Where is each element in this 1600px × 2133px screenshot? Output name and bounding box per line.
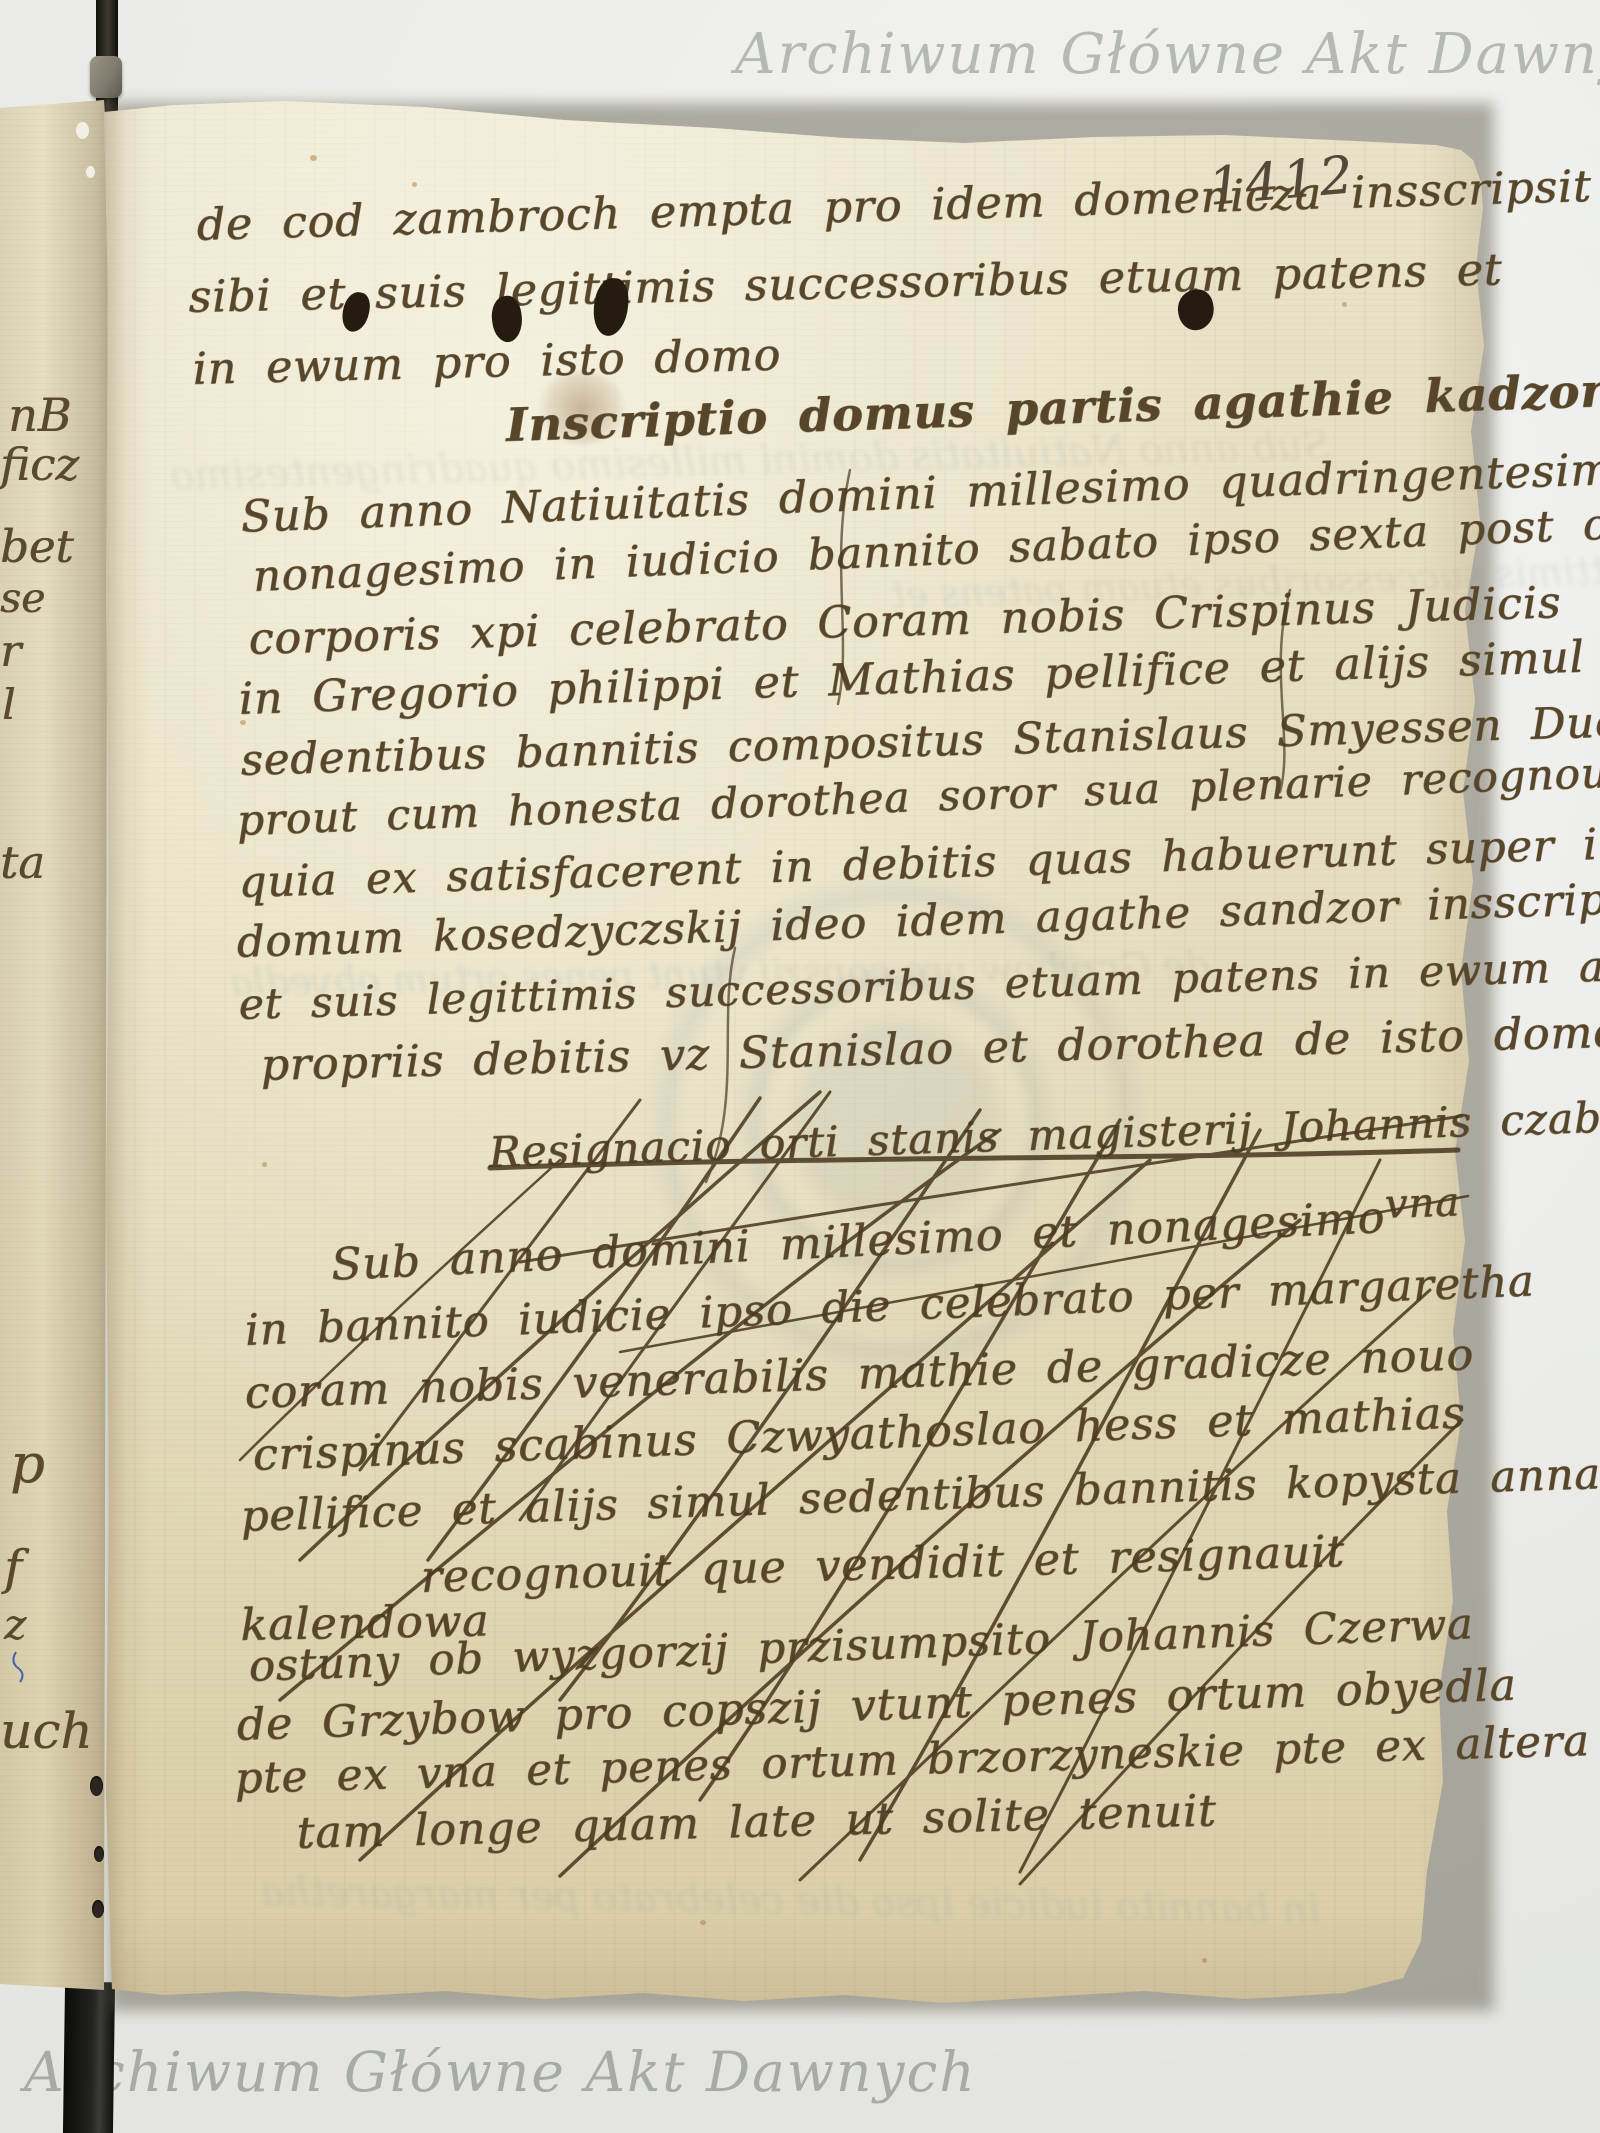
foxing-spot	[310, 155, 317, 161]
sewing-hole	[94, 1846, 104, 1862]
foxing-spot	[700, 1920, 706, 1925]
margin-fragment: uch	[0, 1702, 92, 1760]
foxing-spot	[412, 182, 417, 187]
paper-speck	[86, 166, 95, 178]
foxing-spot	[1342, 302, 1347, 307]
margin-fragment: l	[2, 680, 15, 729]
foxing-spot	[1202, 1958, 1207, 1963]
binding-tape	[63, 1982, 115, 2133]
margin-fragment: r	[0, 626, 21, 677]
margin-fragment: nB	[8, 388, 71, 442]
paper-speck	[76, 122, 89, 139]
archive-watermark-top: Archiwum Główne Akt Dawnych	[735, 22, 1600, 87]
margin-fragment: z	[4, 1600, 26, 1649]
sewing-hole	[90, 1776, 103, 1796]
margin-fragment: ficz	[0, 438, 79, 491]
binding-cord-knot	[90, 56, 122, 98]
margin-fragment: p	[10, 1432, 45, 1495]
margin-fragment: bet	[0, 520, 74, 573]
margin-fragment: f	[4, 1540, 22, 1596]
margin-fragment: ta	[0, 836, 45, 889]
sewing-hole	[92, 1900, 104, 1918]
foxing-spot	[262, 1162, 267, 1167]
cancelled-note: vna	[1384, 1179, 1461, 1228]
margin-fragment: se	[0, 574, 45, 622]
manuscript-scan: Archiwum Główne Akt Dawnych Archiwum Głó…	[0, 0, 1600, 2133]
archive-watermark-bottom: Archiwum Główne Akt Dawnych	[24, 2040, 977, 2104]
